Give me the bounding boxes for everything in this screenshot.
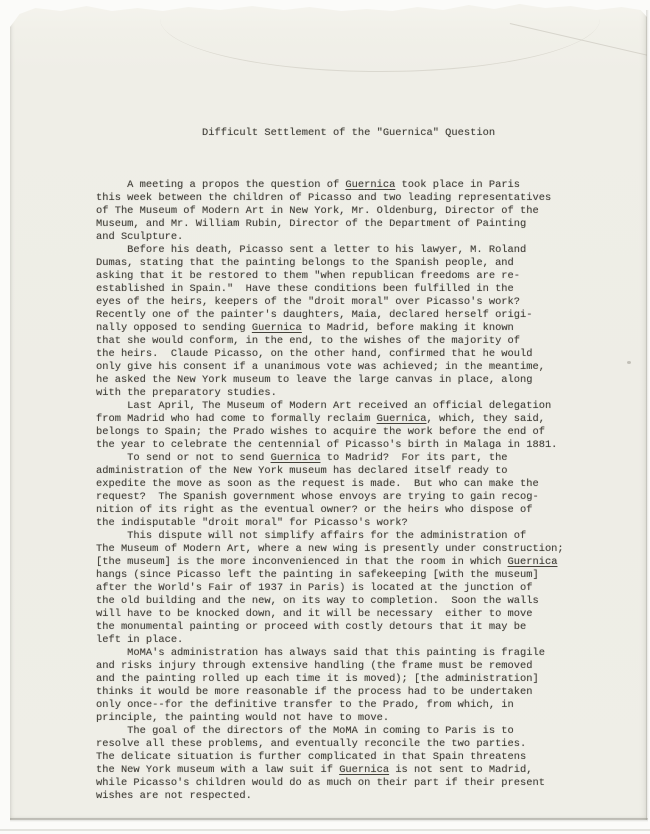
text-segment: Recently one of the painter's daughters,… bbox=[96, 309, 532, 321]
text-segment: after the World's Fair of 1937 in Paris)… bbox=[96, 582, 532, 594]
text-segment: with the preparatory studies. bbox=[96, 387, 277, 399]
text-segment: Before his death, Picasso sent a letter … bbox=[96, 244, 526, 256]
text-line: nition of its right as the eventual owne… bbox=[96, 504, 564, 517]
text-segment: eyes of the heirs, keepers of the "droit… bbox=[96, 296, 520, 308]
text-line: while Picasso's children would do as muc… bbox=[96, 777, 564, 790]
text-segment: the year to celebrate the centennial of … bbox=[96, 439, 557, 451]
text-line: the year to celebrate the centennial of … bbox=[96, 439, 564, 452]
underlined-guernica: Guernica bbox=[271, 452, 321, 464]
underlined-guernica: Guernica bbox=[508, 556, 558, 568]
text-line: nally opposed to sending Guernica to Mad… bbox=[96, 322, 564, 335]
text-segment: will have to be knocked down, and it wil… bbox=[96, 608, 532, 620]
paper-bottom-shadow bbox=[10, 818, 648, 822]
paper-speck bbox=[627, 361, 631, 364]
text-line: only once--for the definitive transfer t… bbox=[96, 699, 564, 712]
text-segment: administration of the New York museum ha… bbox=[96, 465, 508, 477]
text-line: from Madrid who had come to formally rec… bbox=[96, 413, 564, 426]
text-segment: and Sculpture. bbox=[96, 231, 183, 243]
text-segment: only give his consent if a unanimous vot… bbox=[96, 361, 545, 373]
text-line: eyes of the heirs, keepers of the "droit… bbox=[96, 296, 564, 309]
text-line: To send or not to send Guernica to Madri… bbox=[96, 452, 564, 465]
text-segment: established in Spain." Have these condit… bbox=[96, 283, 514, 295]
text-line: and Sculpture. bbox=[96, 231, 564, 244]
text-line: he asked the New York museum to leave th… bbox=[96, 374, 564, 387]
text-segment: to Madrid, before making it known bbox=[302, 322, 514, 334]
text-line: after the World's Fair of 1937 in Paris)… bbox=[96, 582, 564, 595]
text-line: that she would conform, in the end, to t… bbox=[96, 335, 564, 348]
underlined-guernica: Guernica bbox=[377, 413, 427, 425]
paper-right-shadow bbox=[646, 10, 649, 820]
text-segment: [the museum] is the more inconvenienced … bbox=[96, 556, 508, 568]
text-segment: this week between the children of Picass… bbox=[96, 192, 551, 204]
text-line: Before his death, Picasso sent a letter … bbox=[96, 244, 564, 257]
underlined-guernica: Guernica bbox=[345, 179, 395, 191]
text-line: with the preparatory studies. bbox=[96, 387, 564, 400]
text-segment: from Madrid who had come to formally rec… bbox=[96, 413, 377, 425]
text-line: [the museum] is the more inconvenienced … bbox=[96, 556, 564, 569]
text-segment: nally opposed to sending bbox=[96, 322, 252, 334]
text-line: The Museum of Modern Art, where a new wi… bbox=[96, 543, 564, 556]
text-segment: the indisputable "droit moral" for Picas… bbox=[96, 517, 408, 529]
text-segment: The Museum of Modern Art, where a new wi… bbox=[96, 543, 564, 555]
text-segment: The goal of the directors of the MoMA in… bbox=[96, 725, 514, 737]
text-line: the indisputable "droit moral" for Picas… bbox=[96, 517, 564, 530]
text-segment: that she would conform, in the end, to t… bbox=[96, 335, 520, 347]
text-segment: belongs to Spain; the Prado wishes to ac… bbox=[96, 426, 545, 438]
text-segment: and the painting rolled up each time it … bbox=[96, 673, 539, 685]
text-line: A meeting a propos the question of Guern… bbox=[96, 179, 564, 192]
text-line: the monumental painting or proceed with … bbox=[96, 621, 564, 634]
text-line: Last April, The Museum of Modern Art rec… bbox=[96, 400, 564, 413]
text-segment: while Picasso's children would do as muc… bbox=[96, 777, 545, 789]
text-line: Museum, and Mr. William Rubin, Director … bbox=[96, 218, 564, 231]
text-line: wishes are not respected. bbox=[96, 790, 564, 803]
text-line: and risks injury through extensive handl… bbox=[96, 660, 564, 673]
text-line: expedite the move as soon as the request… bbox=[96, 478, 564, 491]
text-line: and the painting rolled up each time it … bbox=[96, 673, 564, 686]
text-line: will have to be knocked down, and it wil… bbox=[96, 608, 564, 621]
text-segment: The delicate situation is further compli… bbox=[96, 751, 526, 763]
text-segment: Last April, The Museum of Modern Art rec… bbox=[96, 400, 551, 412]
text-line: This dispute will not simplify affairs f… bbox=[96, 530, 564, 543]
text-segment: Museum, and Mr. William Rubin, Director … bbox=[96, 218, 526, 230]
text-segment: to Madrid? For its part, the bbox=[320, 452, 507, 464]
text-segment: and risks injury through extensive handl… bbox=[96, 660, 532, 672]
text-line: left in place. bbox=[96, 634, 564, 647]
text-segment: thinks it would be more reasonable if th… bbox=[96, 686, 532, 698]
text-segment: nition of its right as the eventual owne… bbox=[96, 504, 532, 516]
text-segment: MoMA's administration has always said th… bbox=[96, 647, 545, 659]
text-segment: is not sent to Madrid, bbox=[389, 764, 532, 776]
underlined-guernica: Guernica bbox=[252, 322, 302, 334]
underlined-guernica: Guernica bbox=[339, 764, 389, 776]
text-segment: the old building and the new, on its way… bbox=[96, 595, 539, 607]
document-title: Difficult Settlement of the "Guernica" Q… bbox=[202, 127, 495, 140]
text-segment: he asked the New York museum to leave th… bbox=[96, 374, 532, 386]
text-segment: principle, the painting would not have t… bbox=[96, 712, 389, 724]
paper-crease bbox=[160, 13, 600, 72]
text-line: The delicate situation is further compli… bbox=[96, 751, 564, 764]
text-segment: hangs (since Picasso left the painting i… bbox=[96, 569, 539, 581]
text-line: MoMA's administration has always said th… bbox=[96, 647, 564, 660]
text-line: this week between the children of Picass… bbox=[96, 192, 564, 205]
text-line: hangs (since Picasso left the painting i… bbox=[96, 569, 564, 582]
text-segment: left in place. bbox=[96, 634, 183, 646]
text-line: only give his consent if a unanimous vot… bbox=[96, 361, 564, 374]
text-line: principle, the painting would not have t… bbox=[96, 712, 564, 725]
text-line: the New York museum with a law suit if G… bbox=[96, 764, 564, 777]
text-segment: the monumental painting or proceed with … bbox=[96, 621, 526, 633]
text-segment: , which, they said, bbox=[426, 413, 544, 425]
text-segment: expedite the move as soon as the request… bbox=[96, 478, 539, 490]
text-line: belongs to Spain; the Prado wishes to ac… bbox=[96, 426, 564, 439]
text-segment: This dispute will not simplify affairs f… bbox=[96, 530, 526, 542]
text-segment: only once--for the definitive transfer t… bbox=[96, 699, 514, 711]
text-line: the old building and the new, on its way… bbox=[96, 595, 564, 608]
text-segment: request? The Spanish government whose en… bbox=[96, 491, 539, 503]
text-segment: Dumas, stating that the painting belongs… bbox=[96, 257, 514, 269]
text-line: The goal of the directors of the MoMA in… bbox=[96, 725, 564, 738]
text-segment: To send or not to send bbox=[96, 452, 271, 464]
text-segment: the heirs. Claude Picasso, on the other … bbox=[96, 348, 532, 360]
text-segment: of The Museum of Modern Art in New York,… bbox=[96, 205, 539, 217]
text-line: administration of the New York museum ha… bbox=[96, 465, 564, 478]
text-line: the heirs. Claude Picasso, on the other … bbox=[96, 348, 564, 361]
text-line: asking that it be restored to them "when… bbox=[96, 270, 564, 283]
text-line: request? The Spanish government whose en… bbox=[96, 491, 564, 504]
text-segment: took place in Paris bbox=[395, 179, 520, 191]
text-segment: resolve all these problems, and eventual… bbox=[96, 738, 526, 750]
text-line: thinks it would be more reasonable if th… bbox=[96, 686, 564, 699]
text-line: established in Spain." Have these condit… bbox=[96, 283, 564, 296]
text-segment: the New York museum with a law suit if bbox=[96, 764, 339, 776]
text-line: Dumas, stating that the painting belongs… bbox=[96, 257, 564, 270]
text-segment: asking that it be restored to them "when… bbox=[96, 270, 520, 282]
scanner-edge-line bbox=[0, 829, 650, 831]
text-segment: A meeting a propos the question of bbox=[96, 179, 345, 191]
text-line: of The Museum of Modern Art in New York,… bbox=[96, 205, 564, 218]
text-line: Recently one of the painter's daughters,… bbox=[96, 309, 564, 322]
text-segment: wishes are not respected. bbox=[96, 790, 252, 802]
text-line: resolve all these problems, and eventual… bbox=[96, 738, 564, 751]
document-body: A meeting a propos the question of Guern… bbox=[96, 179, 564, 803]
